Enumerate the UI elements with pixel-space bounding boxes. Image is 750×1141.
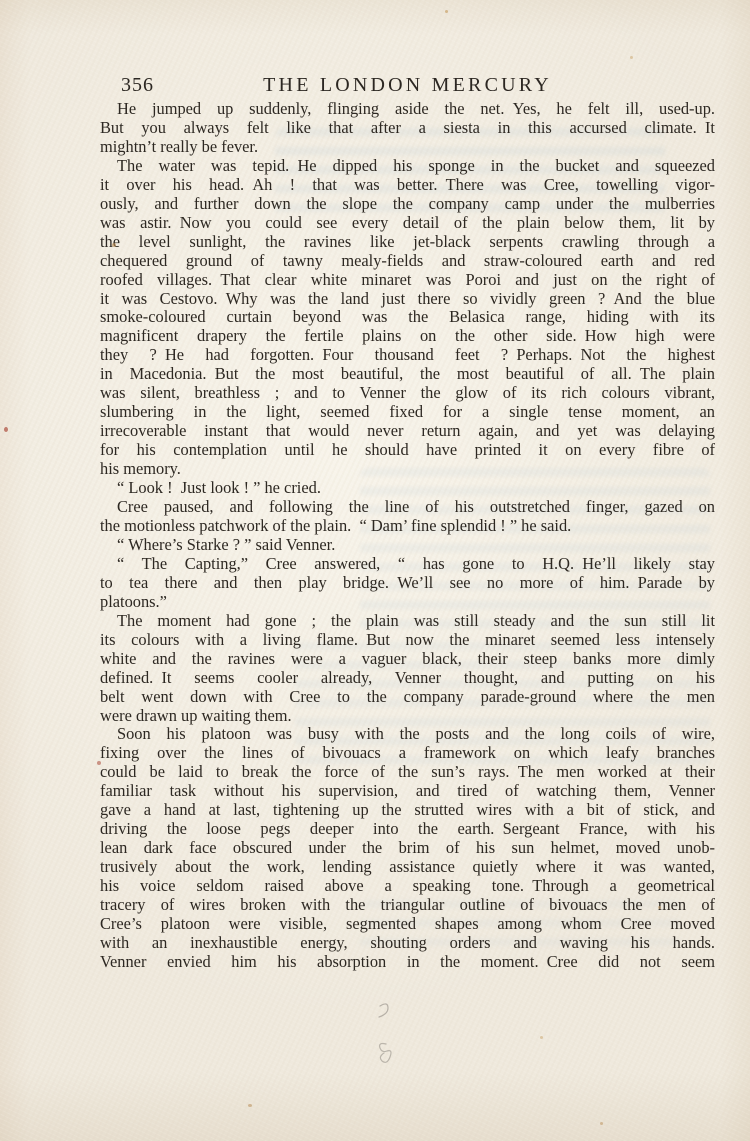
paragraph: “ The Capting,” Cree answered, “ has gon… — [100, 555, 715, 612]
text-line: was silent, breathless ; and to Venner t… — [100, 384, 715, 403]
running-header-title: THE LONDON MERCURY — [100, 74, 715, 97]
text-line: “ Look ! Just look ! ” he cried. — [100, 479, 715, 498]
text-line: Cree’s platoon were visible, segmented s… — [100, 915, 715, 934]
text-line: roofed villages. That clear white minare… — [100, 271, 715, 290]
text-line: The water was tepid. He dipped his spong… — [100, 157, 715, 176]
text-line: trusively about the work, lending assist… — [100, 858, 715, 877]
paragraph: The water was tepid. He dipped his spong… — [100, 157, 715, 479]
text-line: to tea there and then play bridge. We’ll… — [100, 574, 715, 593]
page-text: He jumped up suddenly, flinging aside th… — [100, 100, 715, 972]
paragraph: He jumped up suddenly, flinging aside th… — [100, 100, 715, 157]
text-line: chequered ground of tawny mealy-fields a… — [100, 252, 715, 271]
running-head-row: 356 THE LONDON MERCURY — [0, 74, 750, 100]
text-line: “ The Capting,” Cree answered, “ has gon… — [100, 555, 715, 574]
text-line: ously, and further down the slope the co… — [100, 195, 715, 214]
text-line: familiar task without his supervision, a… — [100, 782, 715, 801]
paragraph: “ Where’s Starke ? ” said Venner. — [100, 536, 715, 555]
text-line: defined. It seems cooler already, Venner… — [100, 669, 715, 688]
text-line: lean dark face obscured under the brim o… — [100, 839, 715, 858]
text-line: He jumped up suddenly, flinging aside th… — [100, 100, 715, 119]
text-line: they ? He had forgotten. Four thousand f… — [100, 346, 715, 365]
text-line: white and the ravines were a vaguer blac… — [100, 650, 715, 669]
text-line: the level sunlight, the ravines like jet… — [100, 233, 715, 252]
text-line: Soon his platoon was busy with the posts… — [100, 725, 715, 744]
text-line: tracery of wires broken with the triangu… — [100, 896, 715, 915]
text-line: his voice seldom raised above a speaking… — [100, 877, 715, 896]
text-line: with an inexhaustible energy, shouting o… — [100, 934, 715, 953]
text-line: the motionless patchwork of the plain. “… — [100, 517, 715, 536]
text-line: “ Where’s Starke ? ” said Venner. — [100, 536, 715, 555]
text-line: for his contemplation until he should ha… — [100, 441, 715, 460]
paragraph: The moment had gone ; the plain was stil… — [100, 612, 715, 726]
text-line: gave a hand at last, tightening up the s… — [100, 801, 715, 820]
text-line: mightn’t really be fever. — [100, 138, 715, 157]
text-line: in Macedonia. But the most beautiful, th… — [100, 365, 715, 384]
text-line: was astir. Now you could see every detai… — [100, 214, 715, 233]
text-line: his memory. — [100, 460, 715, 479]
text-line: Cree paused, and following the line of h… — [100, 498, 715, 517]
text-line: slumbering in the light, seemed fixed fo… — [100, 403, 715, 422]
text-line: magnificent drapery the fertile plains o… — [100, 327, 715, 346]
paragraph: “ Look ! Just look ! ” he cried. — [100, 479, 715, 498]
text-line: The moment had gone ; the plain was stil… — [100, 612, 715, 631]
text-line: Venner envied him his absorption in the … — [100, 953, 715, 972]
text-line: belt went down with Cree to the company … — [100, 688, 715, 707]
text-line: it was Cestovo. Why was the land just th… — [100, 290, 715, 309]
text-line: its colours with a living flame. But now… — [100, 631, 715, 650]
text-line: it over his head. Ah ! that was better. … — [100, 176, 715, 195]
text-line: fixing over the lines of bivouacs a fram… — [100, 744, 715, 763]
text-line: platoons.” — [100, 593, 715, 612]
text-line: driving the loose pegs deeper into the e… — [100, 820, 715, 839]
paragraph: Cree paused, and following the line of h… — [100, 498, 715, 536]
paragraph: Soon his platoon was busy with the posts… — [100, 725, 715, 971]
text-line: could be laid to break the force of the … — [100, 763, 715, 782]
text-line: But you always felt like that after a si… — [100, 119, 715, 138]
text-line: were drawn up waiting them. — [100, 707, 715, 726]
text-line: irrecoverable instant that would never r… — [100, 422, 715, 441]
text-line: smoke-coloured curtain beyond was the Be… — [100, 308, 715, 327]
